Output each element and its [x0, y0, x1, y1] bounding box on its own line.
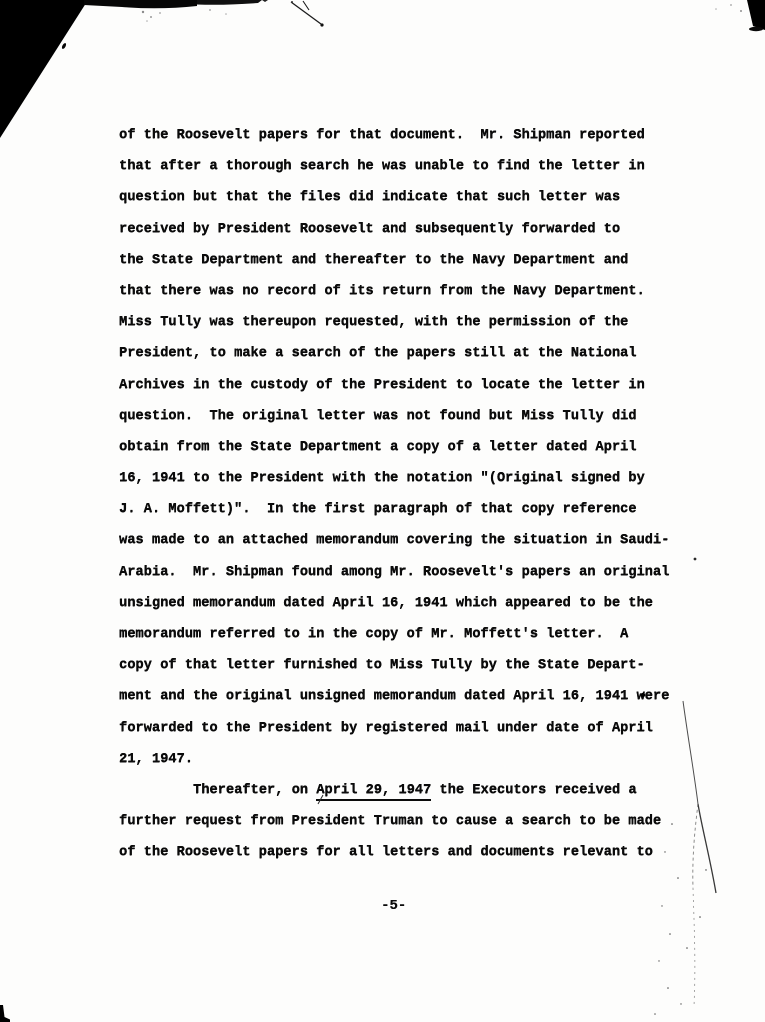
scan-corner-fold-artifact: [0, 0, 88, 138]
line-segment: Thereafter, on: [193, 783, 316, 798]
text-line: 16, 1941 to the President with the notat…: [119, 463, 719, 494]
text-line: Arabia. Mr. Shipman found among Mr. Roos…: [119, 557, 719, 588]
text-line-paragraph-start: Thereafter, on April 29, 1947 the Execut…: [119, 775, 719, 806]
text-line: received by President Roosevelt and subs…: [119, 214, 719, 245]
page-number: -5-: [381, 898, 406, 914]
scan-corner-blob-artifact: [715, 0, 765, 31]
text-line: further request from President Truman to…: [119, 806, 719, 837]
text-line: memorandum referred to in the copy of Mr…: [119, 619, 719, 650]
scan-bottom-corner-mark-artifact: [0, 1005, 10, 1022]
scanned-document-page: of the Roosevelt papers for that documen…: [0, 0, 765, 1022]
text-line: that there was no record of its return f…: [119, 276, 719, 307]
scan-ink-tick-artifact: [61, 42, 67, 49]
scan-top-edge-smudge-artifact: [84, 0, 268, 22]
text-line: Miss Tully was thereupon requested, with…: [119, 307, 719, 338]
text-line: President, to make a search of the paper…: [119, 338, 719, 369]
underlined-date: April 29, 1947: [316, 783, 431, 801]
text-line: forwarded to the President by registered…: [119, 713, 719, 744]
text-line: of the Roosevelt papers for all letters …: [119, 837, 719, 868]
text-line: of the Roosevelt papers for that documen…: [119, 120, 719, 151]
line-segment: the Executors received a: [431, 783, 636, 798]
text-line: unsigned memorandum dated April 16, 1941…: [119, 588, 719, 619]
text-line: J. A. Moffett)". In the first paragraph …: [119, 494, 719, 525]
text-line: that after a thorough search he was unab…: [119, 151, 719, 182]
text-line: obtain from the State Department a copy …: [119, 432, 719, 463]
text-line: question. The original letter was not fo…: [119, 401, 719, 432]
text-line: ment and the original unsigned memorandu…: [119, 681, 719, 712]
text-line: question but that the files did indicate…: [119, 182, 719, 213]
document-body-text: of the Roosevelt papers for that documen…: [119, 120, 719, 869]
text-line: 21, 1947.: [119, 744, 719, 775]
text-line: copy of that letter furnished to Miss Tu…: [119, 650, 719, 681]
text-line: Archives in the custody of the President…: [119, 370, 719, 401]
text-line: was made to an attached memorandum cover…: [119, 525, 719, 556]
text-line: the State Department and thereafter to t…: [119, 245, 719, 276]
scan-scratch-artifact: [291, 1, 324, 27]
